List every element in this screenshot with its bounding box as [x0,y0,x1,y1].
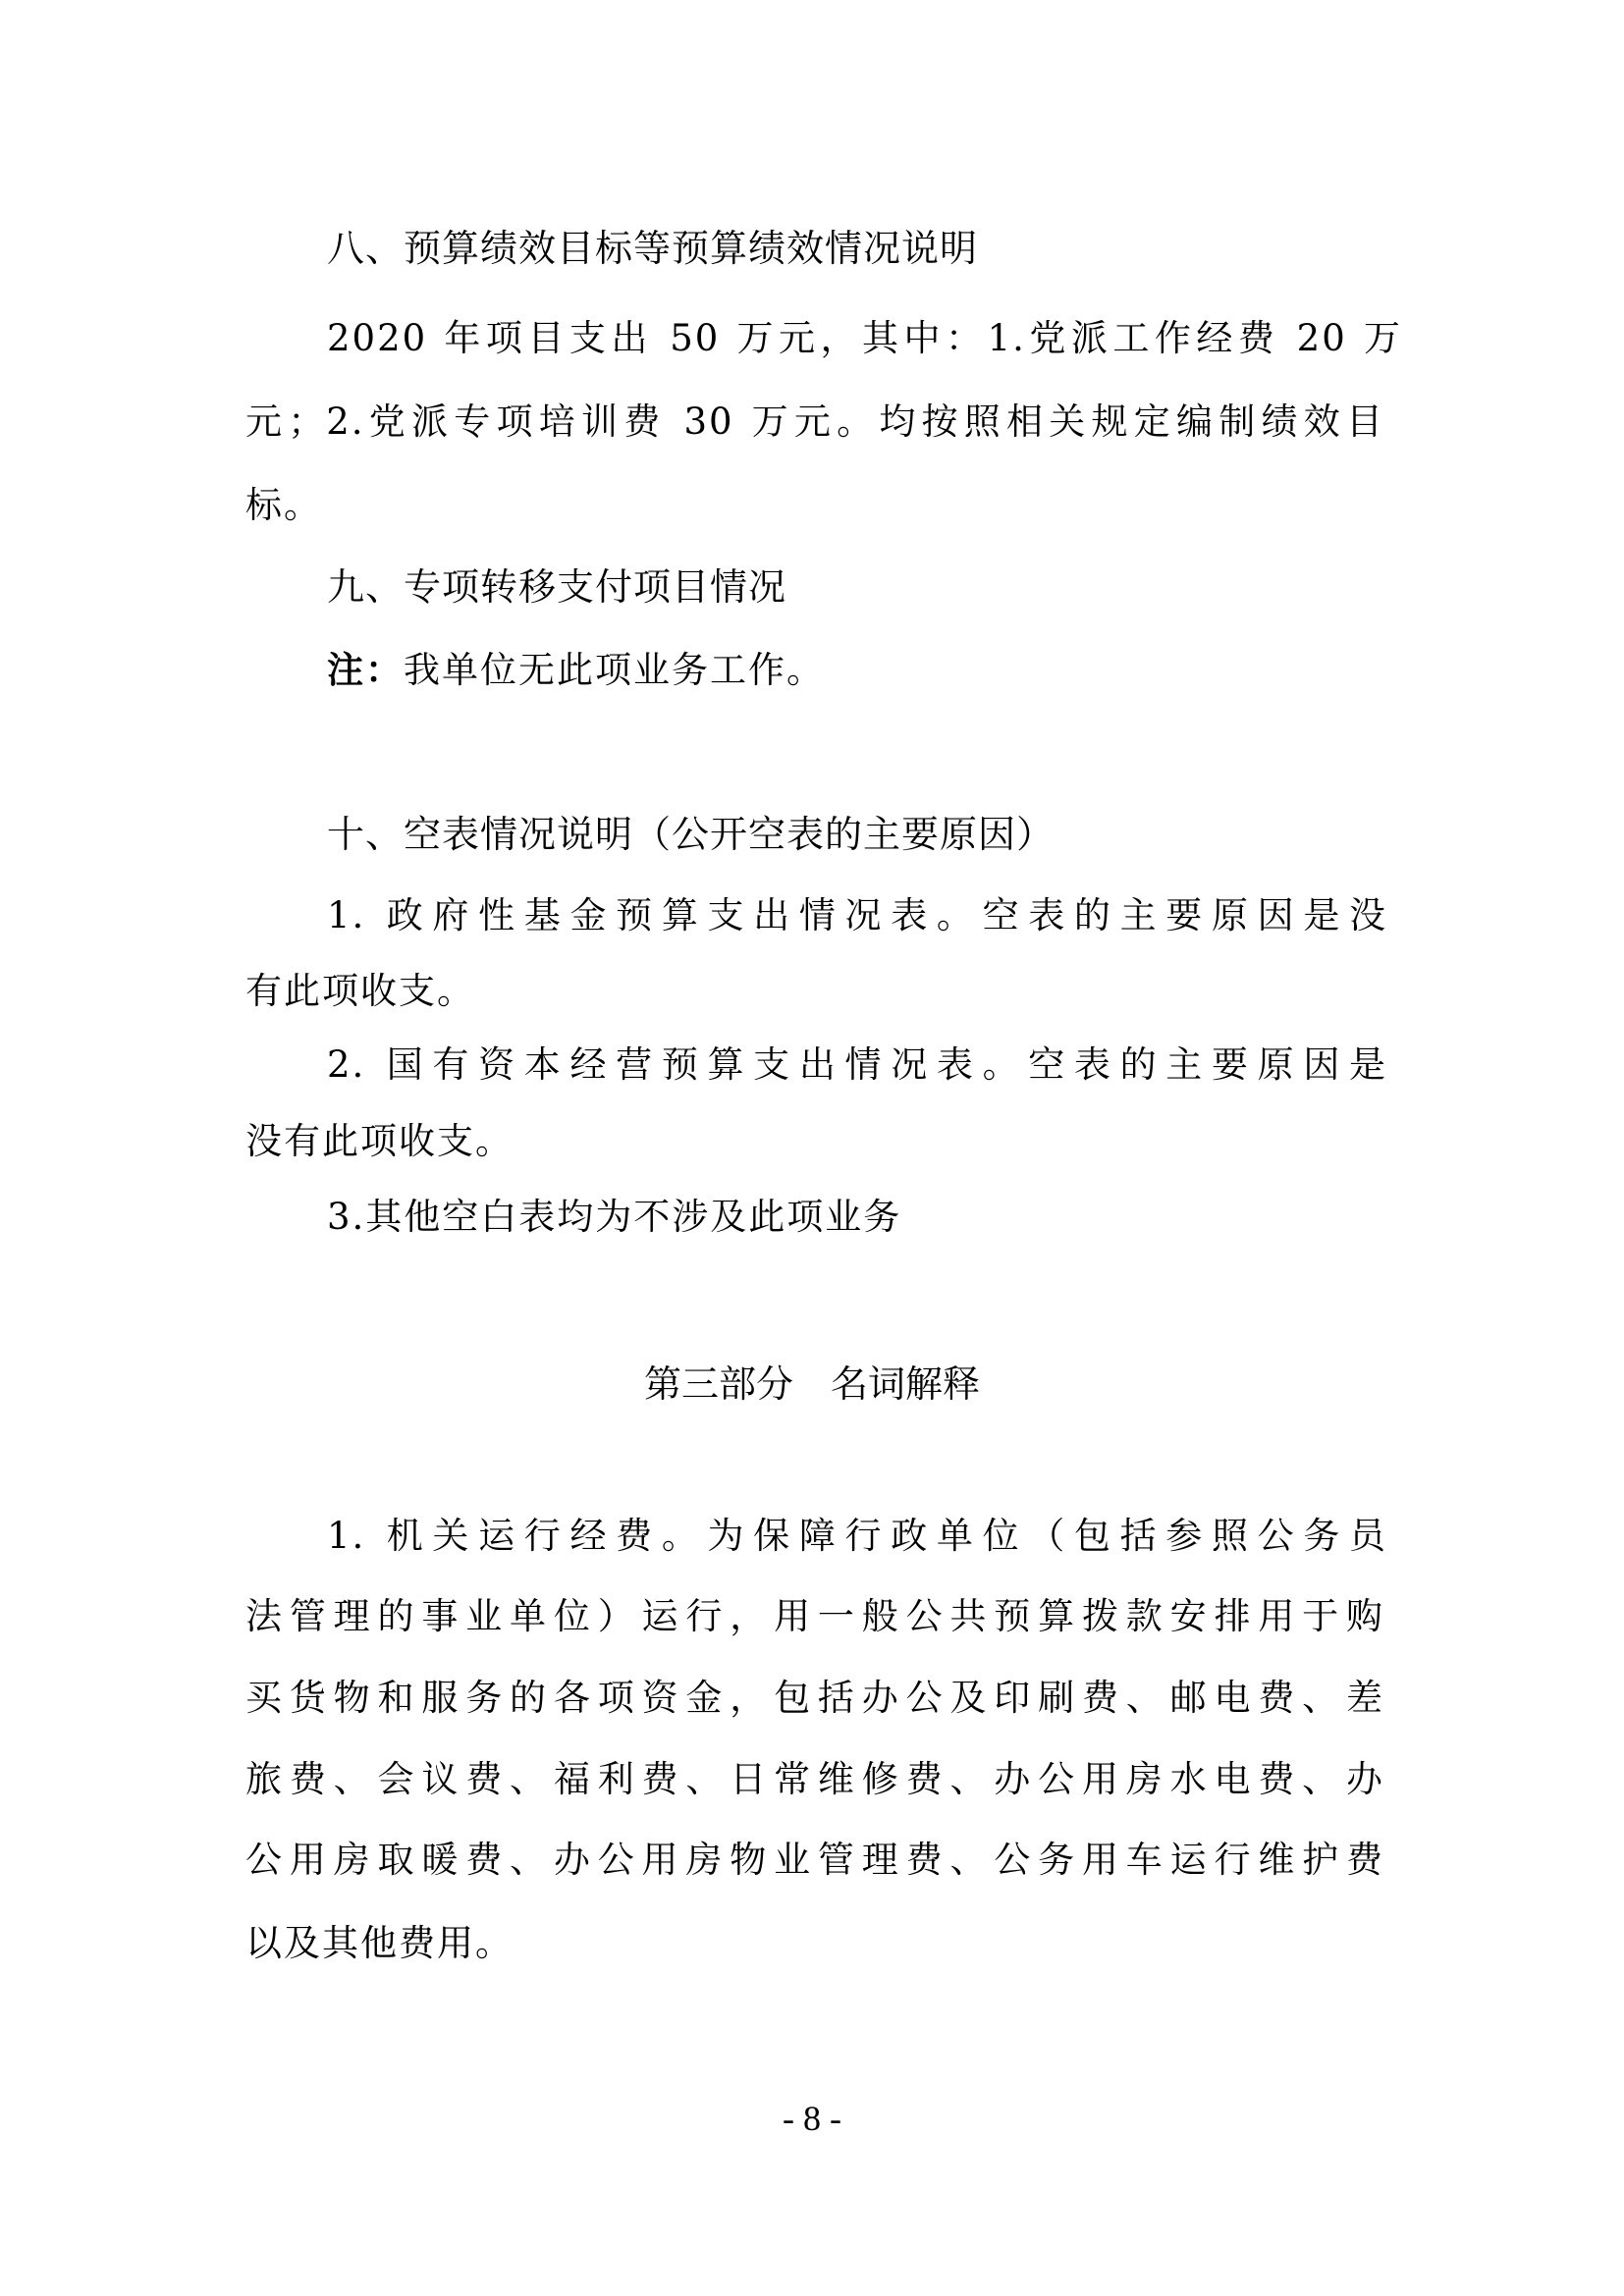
paragraph-text: 买货物和服务的各项资金，包括办公及印刷费、邮电费、差 [245,1674,1384,1723]
section-9-note: 注：我单位无此项业务工作。 [327,646,825,695]
section-8-paragraph-line-1: 2020 年项目支出 50 万元，其中：1.党派工作经费 20 万 [327,314,1402,363]
paragraph-text: 1. 机关运行经费。为保障行政单位（包括参照公务员 [327,1512,1387,1561]
section-8-paragraph-line-3: 标。 [245,481,322,530]
paragraph-text: 旅费、会议费、福利费、日常维修费、办公用房水电费、办 [245,1755,1384,1804]
paragraph-text: 元；2.党派专项培训费 30 万元。均按照相关规定编制绩效目 [245,398,1384,447]
section-10-item-1-line-1: 1. 政府性基金预算支出情况表。空表的主要原因是没 [327,891,1387,940]
section-8-heading: 八、预算绩效目标等预算绩效情况说明 [327,224,978,273]
section-10-item-3: 3.其他空白表均为不涉及此项业务 [327,1193,901,1242]
definition-1-line-2: 法管理的事业单位）运行，用一般公共预算拨款安排用于购 [245,1592,1384,1641]
paragraph-text: 2020 年项目支出 50 万元，其中：1.党派工作经费 20 万 [327,314,1402,363]
paragraph-text: 法管理的事业单位）运行，用一般公共预算拨款安排用于购 [245,1592,1384,1641]
definition-1-line-4: 旅费、会议费、福利费、日常维修费、办公用房水电费、办 [245,1755,1384,1804]
definition-1-line-6: 以及其他费用。 [245,1919,514,1968]
section-10-heading: 十、空表情况说明（公开空表的主要原因） [327,810,1055,859]
paragraph-text: 公用房取暖费、办公用房物业管理费、公务用车运行维护费 [245,1836,1384,1885]
paragraph-text: 2. 国有资本经营预算支出情况表。空表的主要原因是 [327,1041,1387,1090]
section-9-heading: 九、专项转移支付项目情况 [327,562,786,612]
note-label: 注： [327,649,404,691]
section-10-item-2-line-2: 没有此项收支。 [245,1117,514,1166]
definition-1-line-3: 买货物和服务的各项资金，包括办公及印刷费、邮电费、差 [245,1674,1384,1723]
document-page: 八、预算绩效目标等预算绩效情况说明 2020 年项目支出 50 万元，其中：1.… [0,0,1624,2296]
page-number: - 8 - [0,2099,1624,2138]
note-text: 我单位无此项业务工作。 [404,649,825,691]
section-10-item-1-line-2: 有此项收支。 [245,967,475,1016]
section-10-item-2-line-1: 2. 国有资本经营预算支出情况表。空表的主要原因是 [327,1041,1387,1090]
definition-1-line-5: 公用房取暖费、办公用房物业管理费、公务用车运行维护费 [245,1836,1384,1885]
paragraph-text: 1. 政府性基金预算支出情况表。空表的主要原因是没 [327,891,1387,940]
part-3-title: 第三部分 名词解释 [0,1360,1624,1409]
section-8-paragraph-line-2: 元；2.党派专项培训费 30 万元。均按照相关规定编制绩效目 [245,398,1384,447]
definition-1-line-1: 1. 机关运行经费。为保障行政单位（包括参照公务员 [327,1512,1387,1561]
